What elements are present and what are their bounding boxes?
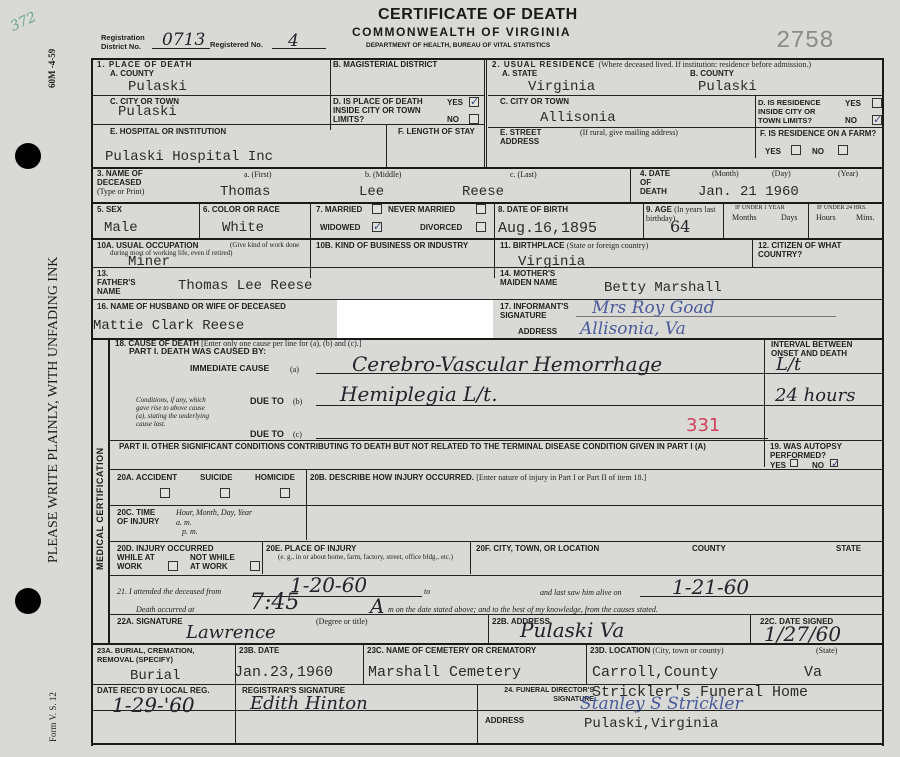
residence-state: Virginia <box>528 79 595 95</box>
describe-injury-label: 20b. DESCRIBE HOW INJURY OCCURRED. [Ente… <box>310 473 646 482</box>
redacted-area <box>337 300 493 338</box>
due-to-b-label: DUE TO <box>250 397 284 406</box>
suicide-checkbox[interactable] <box>220 488 230 498</box>
punch-hole-top <box>15 143 41 169</box>
accident-label: 20a. ACCIDENT <box>117 473 177 482</box>
race-label: 6. COLOR OR RACE <box>203 205 280 214</box>
cemetery-name: Marshall Cemetery <box>368 664 521 681</box>
part2-label: PART II. OTHER SIGNIFICANT CONDITIONS CO… <box>119 442 739 451</box>
homicide-label: HOMICIDE <box>255 473 295 482</box>
residence-heading: 2. USUAL RESIDENCE (Where deceased lived… <box>492 60 811 69</box>
interval-a: L/t <box>776 354 801 375</box>
residence-limits-no-checkbox[interactable] <box>872 115 882 125</box>
cause-c-marker: (c) <box>293 430 302 439</box>
certificate-title: CERTIFICATE OF DEATH <box>378 6 578 24</box>
months-label: Months <box>732 213 756 222</box>
informant-address-label: ADDRESS <box>518 327 557 336</box>
last-name-label: c. (Last) <box>510 170 537 179</box>
informant-address: Allisonia, Va <box>580 319 686 339</box>
divorced-label: DIVORCED <box>420 223 462 232</box>
informant-signature: Mrs Roy Goad <box>592 298 715 318</box>
corner-note: 372 <box>8 9 39 35</box>
under-1-year-label: IF UNDER 1 YEAR <box>735 205 785 211</box>
date-received: 1-29-'60 <box>112 693 195 717</box>
father-label: 13. FATHER'S NAME <box>97 269 145 296</box>
due-to-c-label: DUE TO <box>250 430 284 439</box>
location-label: 23d. LOCATION (City, town or county) <box>590 646 724 655</box>
residence-state-label: a. STATE <box>502 69 537 78</box>
form-number: Form V. S. 12 <box>48 692 58 742</box>
name-label: 3. NAME OF DECEASED <box>97 169 157 187</box>
death-time: 7:45 <box>250 590 299 615</box>
immediate-cause-label: IMMEDIATE CAUSE <box>190 364 269 373</box>
pm-label: p. m. <box>182 527 198 536</box>
cemetery-label: 23c. NAME OF CEMETERY OR CREMATORY <box>367 646 536 655</box>
not-while-at-work-checkbox[interactable] <box>250 561 260 571</box>
married-label: 7. MARRIED <box>316 205 362 214</box>
never-married-label: NEVER MARRIED <box>388 205 455 214</box>
cause-code: 331 <box>686 415 720 436</box>
burial-location: Carroll,County <box>592 664 718 681</box>
citizen-label: 12. CITIZEN OF WHAT COUNTRY? <box>758 241 868 259</box>
place-city: Pulaski <box>118 104 177 120</box>
last-name: Reese <box>462 184 504 200</box>
not-while-at-work-label: NOT WHILE AT WORK <box>190 553 240 571</box>
spouse-label: 16. NAME OF HUSBAND OR WIFE OF DECEASED <box>97 302 286 311</box>
farm-yes-checkbox[interactable] <box>791 145 801 155</box>
middle-name: Lee <box>359 184 384 200</box>
inside-limits-yes-checkbox[interactable] <box>469 97 479 107</box>
while-at-work-checkbox[interactable] <box>168 561 178 571</box>
physician-address: Pulaski Va <box>520 618 624 642</box>
punch-hole-bottom <box>15 588 41 614</box>
place-of-injury-label: 20e. PLACE OF INJURY <box>266 544 356 553</box>
street-address-note: (If rural, give mailing address) <box>580 128 678 137</box>
time-of-injury-note: Hour, Month, Day, Year <box>176 508 252 517</box>
last-saw-label: and last saw him alive on <box>540 588 622 597</box>
yes-label: YES <box>447 98 463 107</box>
residence-county: Pulaski <box>698 79 757 95</box>
middle-name-label: b. (Middle) <box>365 170 401 179</box>
first-name-label: a. (First) <box>244 170 272 179</box>
widowed-label: WIDOWED <box>320 223 360 232</box>
homicide-checkbox[interactable] <box>280 488 290 498</box>
married-checkbox[interactable] <box>372 204 382 214</box>
injury-county-label: COUNTY <box>692 544 726 553</box>
conditions-note: Conditions, if any, which gave rise to a… <box>136 396 216 428</box>
day-label: (Day) <box>772 169 791 178</box>
attended-from: 1-20-60 <box>290 573 367 597</box>
department-title: DEPARTMENT OF HEALTH, BUREAU OF VITAL ST… <box>366 42 550 49</box>
degree-label: (Degree or title) <box>316 617 368 626</box>
mother-label: 14. MOTHER'S MAIDEN NAME <box>500 269 570 287</box>
sex-label: 5. SEX <box>97 205 122 214</box>
place-of-death-heading: 1. PLACE OF DEATH <box>97 60 193 69</box>
magisterial-district-label: b. MAGISTERIAL DISTRICT <box>333 60 437 69</box>
due-to-b: Hemiplegia L/t. <box>340 382 498 406</box>
burial-method-label: 23a. BURIAL, CREMATION, REMOVAL (Specify… <box>97 646 217 664</box>
am-label: a. m. <box>176 518 192 527</box>
county-label: a. COUNTY <box>110 69 154 78</box>
year-label: (Year) <box>838 169 858 178</box>
registration-district-label: Registration District No. <box>101 33 155 51</box>
accident-checkbox[interactable] <box>160 488 170 498</box>
inside-limits-label: d. IS PLACE OF DEATH INSIDE CITY OR TOWN… <box>333 97 441 124</box>
autopsy-yes-checkbox[interactable] <box>790 459 798 467</box>
street-address-label: e. STREET ADDRESS <box>500 128 550 146</box>
date-of-death-label: 4. DATE OF DEATH <box>640 169 676 196</box>
farm-no-label: NO <box>812 147 824 156</box>
medical-certification-label: MEDICAL CERTIFICATION <box>95 447 105 570</box>
burial-date: Jan.23,1960 <box>234 664 333 681</box>
injury-state-label: STATE <box>836 544 861 553</box>
never-married-checkbox[interactable] <box>476 204 486 214</box>
spouse-name: Mattie Clark Reese <box>93 318 244 334</box>
while-at-work-label: WHILE AT WORK <box>117 553 157 571</box>
funeral-director-signature: Stanley S Strickler <box>580 694 743 714</box>
date-of-birth: Aug.16,1895 <box>498 220 597 237</box>
registration-district-value: 0713 <box>162 30 205 50</box>
form-code: 60M -4-59 <box>47 49 57 88</box>
hospital-label: e. HOSPITAL OR INSTITUTION <box>110 127 226 136</box>
death-occurred-label: Death occurred at <box>136 605 194 614</box>
birthplace-label: 11. BIRTHPLACE (State or foreign country… <box>500 241 648 250</box>
registered-no-label: Registered No. <box>210 40 263 49</box>
autopsy-label: 19. WAS AUTOPSY PERFORMED? <box>770 442 860 460</box>
suicide-label: SUICIDE <box>200 473 232 482</box>
business-label: 10b. KIND OF BUSINESS OR INDUSTRY <box>316 241 468 250</box>
hospital-name: Pulaski Hospital Inc <box>105 149 273 165</box>
dob-label: 8. DATE OF BIRTH <box>498 205 568 214</box>
length-of-stay-label: f. LENGTH OF STAY <box>398 127 478 136</box>
funeral-address: Pulaski,Virginia <box>584 716 718 732</box>
father-name: Thomas Lee Reese <box>178 278 312 294</box>
under-24-hrs-label: IF UNDER 24 HRS. <box>817 205 867 211</box>
farm-label: f. IS RESIDENCE ON A FARM? <box>760 129 876 138</box>
informant-label: 17. INFORMANT'S SIGNATURE <box>500 302 572 320</box>
location-state-label: (State) <box>816 646 837 655</box>
commonwealth-title: COMMONWEALTH OF VIRGINIA <box>352 25 571 39</box>
cause-b-marker: (b) <box>293 397 302 406</box>
place-county: Pulaski <box>128 79 187 95</box>
inside-limits-no-checkbox[interactable] <box>469 114 479 124</box>
write-plainly-instruction: PLEASE WRITE PLAINLY, WITH UNFADING INK <box>46 257 62 563</box>
age-value: 64 <box>670 217 690 236</box>
date-of-death: Jan. 21 1960 <box>698 184 799 200</box>
mother-name: Betty Marshall <box>604 280 722 296</box>
farm-yes-label: YES <box>765 147 781 156</box>
burial-date-label: 23b. DATE <box>239 646 279 655</box>
injury-at-work-label: 20d. INJURY OCCURRED <box>117 544 213 553</box>
first-name: Thomas <box>220 184 270 200</box>
residence-city-label: c. CITY OR TOWN <box>500 97 569 106</box>
burial-state: Va <box>804 664 822 681</box>
stamp-number: 2758 <box>776 28 834 55</box>
residence-city: Allisonia <box>540 110 616 126</box>
last-saw-date: 1-21-60 <box>672 575 749 599</box>
race-value: White <box>222 220 264 236</box>
cause-a-marker: (a) <box>290 365 299 374</box>
burial-method: Burial <box>130 668 180 684</box>
to-label: to <box>424 587 430 596</box>
physician-signature: Lawrence <box>186 622 276 643</box>
mins-label: Mins. <box>856 213 874 222</box>
farm-no-checkbox[interactable] <box>838 145 848 155</box>
autopsy-no-checkbox[interactable] <box>830 459 838 467</box>
injury-city-label: 20f. CITY, TOWN, OR LOCATION <box>476 544 599 553</box>
residence-yes-label: YES <box>845 99 861 108</box>
widowed-checkbox[interactable] <box>372 222 382 232</box>
attended-label: 21. I attended the deceased from <box>117 587 221 596</box>
residence-limits-label: d. IS RESIDENCE INSIDE CITY OR TOWN LIMI… <box>758 98 838 125</box>
month-label: (Month) <box>712 169 739 178</box>
hours-label: Hours <box>816 213 836 222</box>
residence-county-label: b. COUNTY <box>690 69 734 78</box>
immediate-cause: Cerebro-Vascular Hemorrhage <box>352 352 662 376</box>
interval-b: 24 hours <box>775 385 856 406</box>
days-label: Days <box>781 213 797 222</box>
signature-label: 22a. SIGNATURE <box>117 617 183 626</box>
death-suffix: m on the date stated above; and to the b… <box>388 605 658 614</box>
part1-label: PART I. DEATH WAS CAUSED BY: <box>129 347 266 356</box>
divorced-checkbox[interactable] <box>476 222 486 232</box>
funeral-address-label: ADDRESS <box>485 716 524 725</box>
no-label: NO <box>447 115 459 124</box>
sex-value: Male <box>104 220 138 236</box>
time-of-injury-label: 20c. TIME OF INJURY <box>117 508 167 526</box>
name-note: (Type or Print) <box>97 187 144 196</box>
residence-no-label: NO <box>845 116 857 125</box>
funeral-director-label: 24. FUNERAL DIRECTOR'S SIGNATURE <box>484 686 594 704</box>
residence-limits-yes-checkbox[interactable] <box>872 98 882 108</box>
place-of-injury-note: (e. g., in or about home, farm, factory,… <box>278 553 466 561</box>
